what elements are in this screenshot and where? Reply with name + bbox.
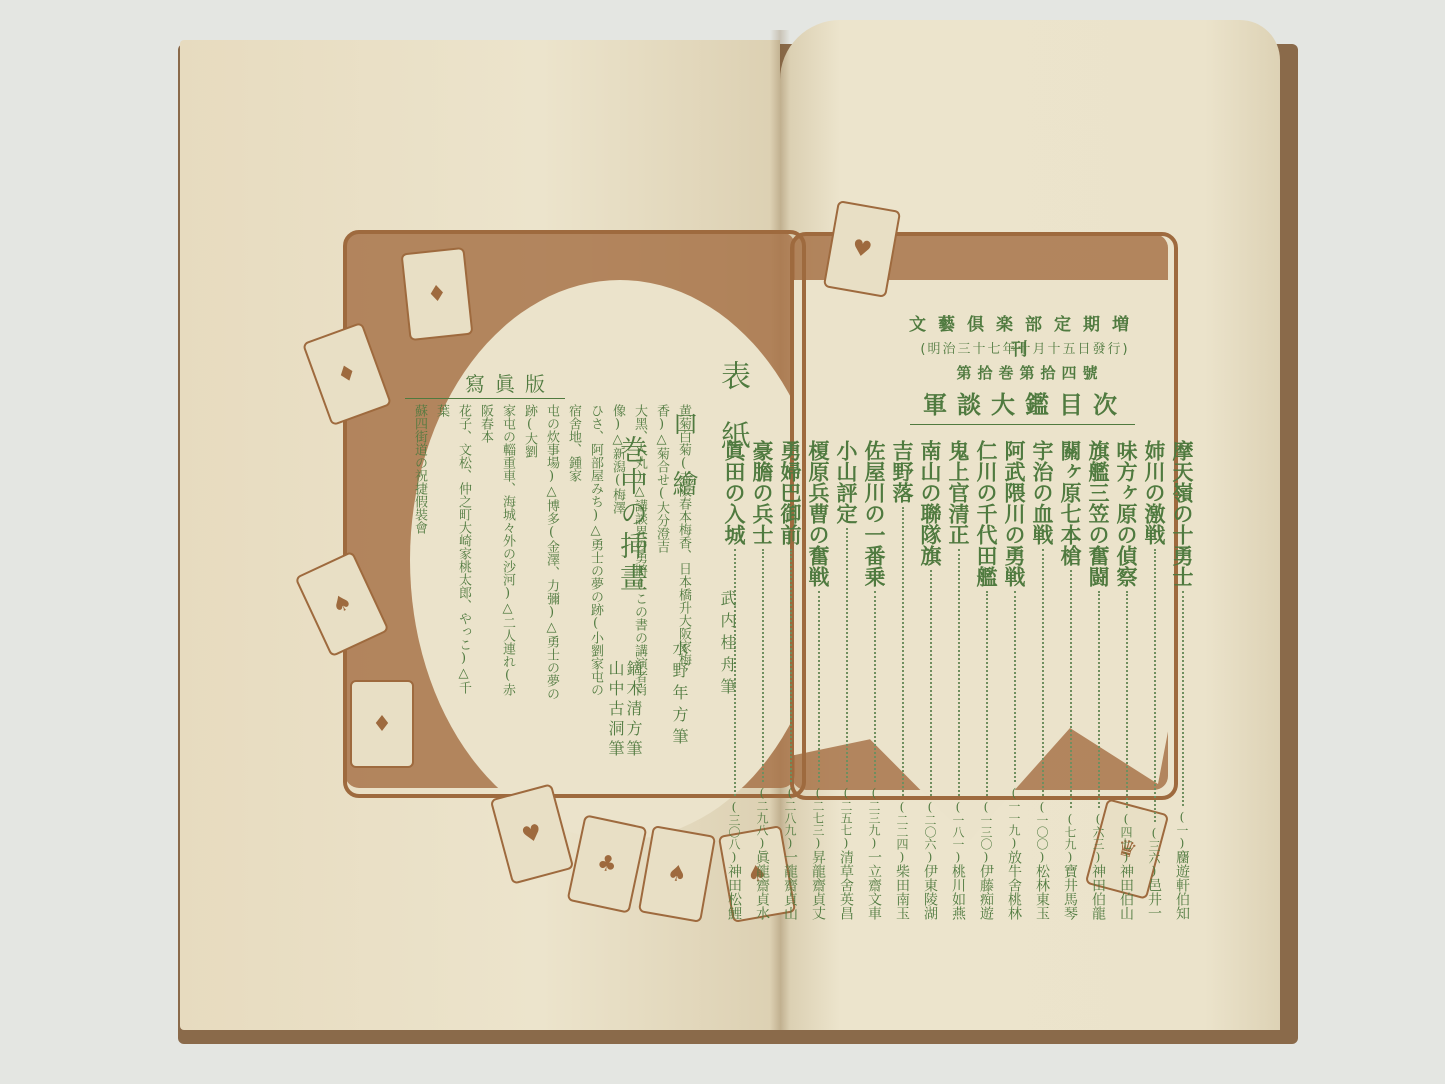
issue-date: (明治三十七年十月十五日發行) xyxy=(880,338,1170,357)
toc-entry[interactable]: 仁川の千代田艦(一三〇)伊藤痴遊 xyxy=(973,440,999,920)
toc-entry[interactable]: 小山評定(二五七)清草舍英昌 xyxy=(833,440,859,920)
toc-entry[interactable]: 姉川の激戦(三六)邑井一 xyxy=(1141,440,1167,920)
toc-entry[interactable]: 宇治の血戦(一〇〇)松林東玉 xyxy=(1029,440,1055,920)
toc-entry[interactable]: 榎原兵曹の奮戦(二七三)昇龍齋貞丈 xyxy=(805,440,831,920)
photo-line: ひさ、阿部屋みち)△勇士の夢の跡(小劉家屯の宿舍地、鍾家 xyxy=(562,404,606,704)
card-diamond-nine-icon: ♦ xyxy=(350,680,414,768)
photo-line: 大黑、人丸)△講談界の勇將(この書の講演者肖像)△新潟(梅澤 xyxy=(606,404,650,704)
cover-label: 表紙 xyxy=(710,360,754,480)
cover-author: 武内桂舟筆 xyxy=(716,590,739,700)
photo-line: 屯の炊事場)△博多(金澤、力彌)△勇士の夢の跡(大劉 xyxy=(518,404,562,704)
toc-entry[interactable]: 勇婦巴御前(二八九)一龍齋貞山 xyxy=(777,440,803,920)
photo-section-label: 寫眞版 xyxy=(440,368,580,397)
toc-list: 摩天嶺の十勇士(一)麕遊軒伯知 姉川の激戦(三六)邑井一 味方ヶ原の偵察(四七)… xyxy=(721,440,1195,920)
photo-section-list: 黄菊白菊(赤阪春本梅香、日本橋升大阪家梅香)△菊合せ(大分澄吉 大黑、人丸)△講… xyxy=(408,404,694,704)
toc-entry[interactable]: 味方ヶ原の偵察(四七)神田伯山 xyxy=(1113,440,1139,920)
toc-entry[interactable]: 鬼上官清正(一八一)桃川如燕 xyxy=(945,440,971,920)
photo-line: 家屯の輜重車、海城々外の沙河)△二人連れ(赤阪春本 xyxy=(474,404,518,704)
volume-number: 第拾巻第拾四號 xyxy=(935,362,1125,383)
photo-line: 花子、文松、仲之町大崎家桃太郎、やっこ)△千葉 xyxy=(430,404,474,704)
toc-entry[interactable]: 佐屋川の一番乗(二三九)一立齋文車 xyxy=(861,440,887,920)
toc-entry[interactable]: 吉野落(二二四)柴田南玉 xyxy=(889,440,915,920)
toc-entry[interactable]: 南山の聯隊旗(二〇六)伊東陵湖 xyxy=(917,440,943,920)
photo-section-rule xyxy=(405,398,565,399)
toc-entry[interactable]: 阿武隈川の勇戦(一一九)放牛舍桃林 xyxy=(1001,440,1027,920)
toc-entry[interactable]: 豪膽の兵士(二九八)眞龍齋貞水 xyxy=(749,440,775,920)
toc-entry[interactable]: 旗艦三笠の奮闘(六三)神田伯龍 xyxy=(1085,440,1111,920)
toc-entry[interactable]: 摩天嶺の十勇士(一)麕遊軒伯知 xyxy=(1169,440,1195,920)
card-diamond-king-icon: ♦ xyxy=(401,247,474,341)
photo-line: 蘇四街道の祝捷假裝會 xyxy=(408,404,430,704)
toc-title: 軍談大鑑目次 xyxy=(915,385,1135,420)
photo-line: 黄菊白菊(赤阪春本梅香、日本橋升大阪家梅香)△菊合せ(大分澄吉 xyxy=(650,404,694,704)
toc-entry[interactable]: 關ヶ原七本槍(七九)寶井馬琴 xyxy=(1057,440,1083,920)
title-rule xyxy=(910,424,1135,425)
